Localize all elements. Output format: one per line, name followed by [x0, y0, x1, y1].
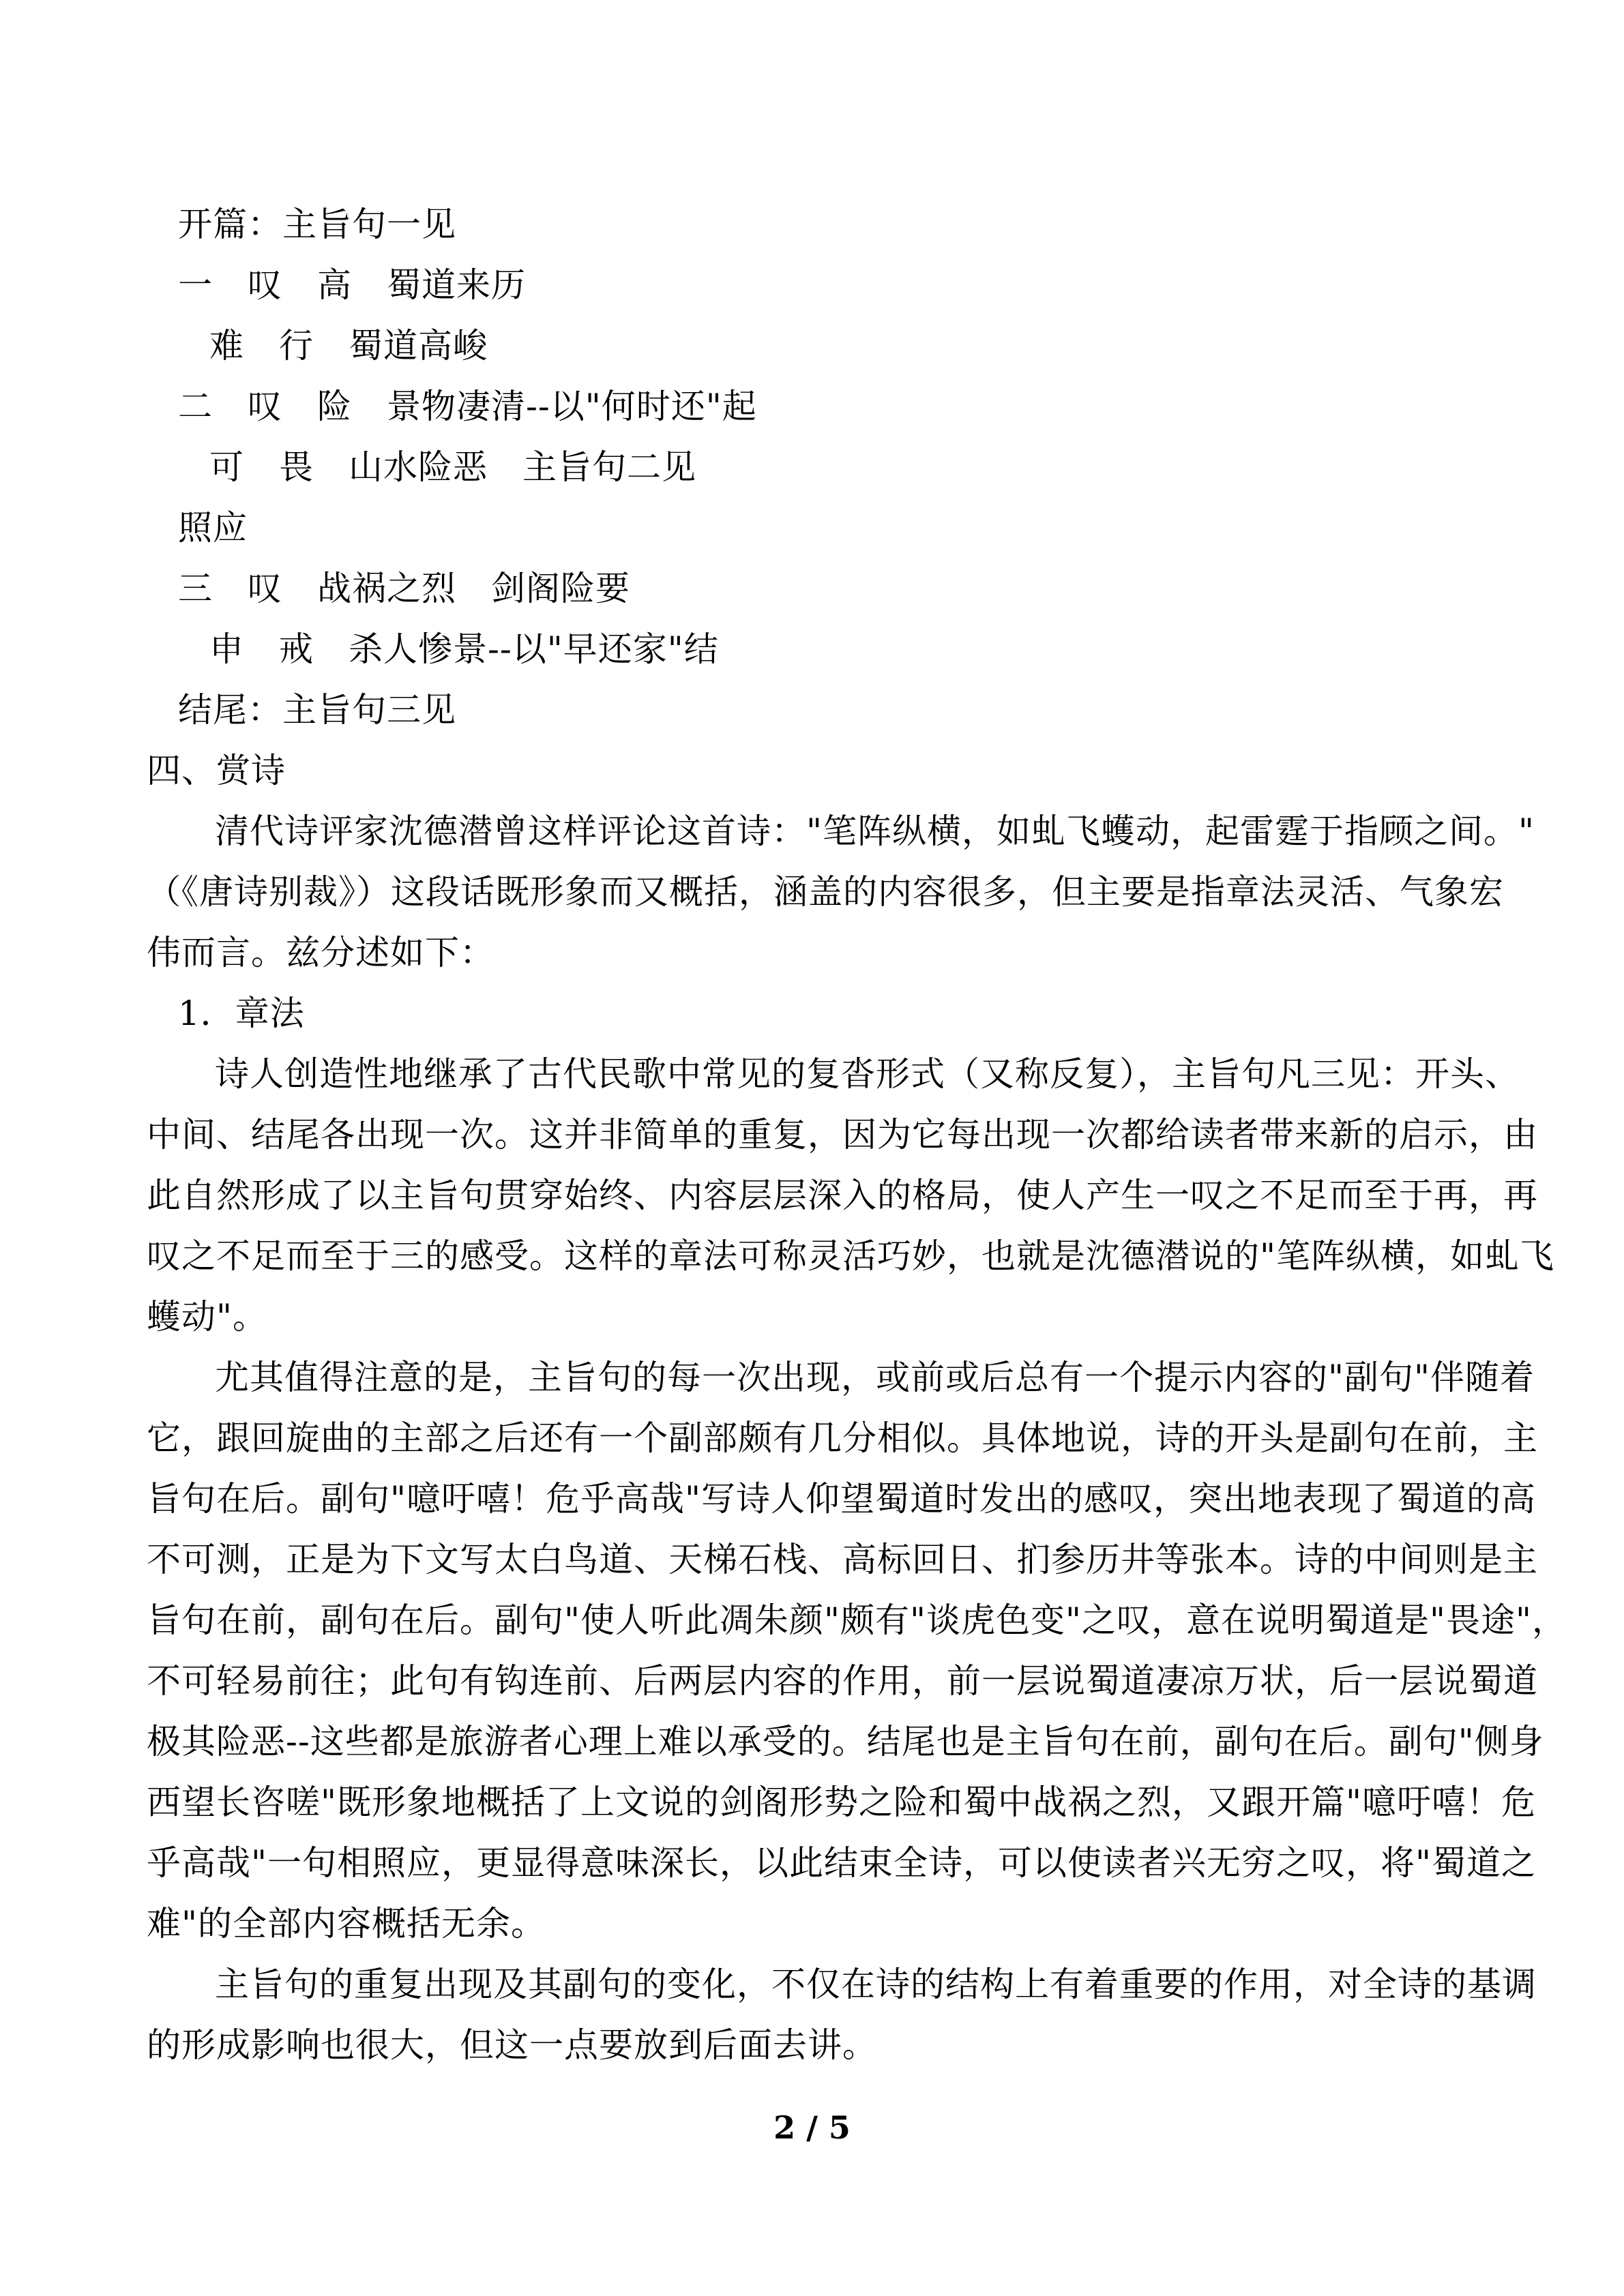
outline-line: 难 行 蜀道高峻: [147, 316, 1544, 376]
paragraph-line: 乎高哉"一句相照应，更显得意味深长，以此结束全诗，可以使读者兴无穷之叹，将"蜀道…: [147, 1833, 1544, 1894]
paragraph-line: 难"的全部内容概括无余。: [147, 1894, 1544, 1954]
paragraph-line: 西望长咨嗟"既形象地概括了上文说的剑阁形势之险和蜀中战祸之烈，又跟开篇"噫吁嘻！…: [147, 1772, 1544, 1833]
outline-line: 结尾：主旨句三见: [147, 680, 1544, 741]
outline-line: 二 叹 险 景物凄清--以"何时还"起: [147, 376, 1544, 437]
subsection-heading: 1．章法: [147, 983, 1544, 1044]
paragraph-line: 旨句在前，副句在后。副句"使人听此凋朱颜"颇有"谈虎色变"之叹，意在说明蜀道是"…: [147, 1590, 1544, 1651]
paragraph-line: 不可测，正是为下文写太白鸟道、天梯石栈、高标回日、扪参历井等张本。诗的中间则是主: [147, 1530, 1544, 1590]
paragraph-line: 蠖动"。: [147, 1287, 1544, 1347]
paragraph-line: 的形成影响也很大，但这一点要放到后面去讲。: [147, 2015, 1544, 2076]
outline-line: 开篇：主旨句一见: [147, 194, 1544, 255]
document-page: 开篇：主旨句一见 一 叹 高 蜀道来历 难 行 蜀道高峻 二 叹 险 景物凄清-…: [0, 0, 1624, 2296]
paragraph-line: 中间、结尾各出现一次。这并非简单的重复，因为它每出现一次都给读者带来新的启示，由: [147, 1105, 1544, 1165]
paragraph-line: 诗人创造性地继承了古代民歌中常见的复沓形式（又称反复），主旨句凡三见：开头、: [147, 1044, 1544, 1105]
outline-line: 可 畏 山水险恶 主旨句二见: [147, 437, 1544, 498]
paragraph-line: 主旨句的重复出现及其副句的变化，不仅在诗的结构上有着重要的作用，对全诗的基调: [147, 1954, 1544, 2015]
paragraph-line: 清代诗评家沈德潜曾这样评论这首诗："笔阵纵横，如虬飞蠖动，起雷霆于指顾之间。": [147, 801, 1544, 862]
paragraph-line: 此自然形成了以主旨句贯穿始终、内容层层深入的格局，使人产生一叹之不足而至于再，再: [147, 1165, 1544, 1226]
document-body: 开篇：主旨句一见 一 叹 高 蜀道来历 难 行 蜀道高峻 二 叹 险 景物凄清-…: [147, 194, 1544, 2076]
outline-line: 三 叹 战祸之烈 剑阁险要: [147, 558, 1544, 619]
paragraph-line: 极其险恶--这些都是旅游者心理上难以承受的。结尾也是主旨句在前，副句在后。副句"…: [147, 1712, 1544, 1772]
paragraph-line: 叹之不足而至于三的感受。这样的章法可称灵活巧妙，也就是沈德潜说的"笔阵纵横，如虬…: [147, 1226, 1544, 1287]
paragraph-line: 尤其值得注意的是，主旨句的每一次出现，或前或后总有一个提示内容的"副句"伴随着: [147, 1347, 1544, 1408]
paragraph-line: 伟而言。兹分述如下：: [147, 923, 1544, 983]
page-number: 2 / 5: [0, 2110, 1624, 2145]
paragraph-line: 旨句在后。副句"噫吁嘻！危乎高哉"写诗人仰望蜀道时发出的感叹，突出地表现了蜀道的…: [147, 1469, 1544, 1530]
section-heading: 四、赏诗: [147, 741, 1544, 801]
paragraph-line: （《唐诗别裁》）这段话既形象而又概括，涵盖的内容很多，但主要是指章法灵活、气象宏: [147, 862, 1544, 923]
outline-line: 一 叹 高 蜀道来历: [147, 255, 1544, 316]
outline-line: 申 戒 杀人惨景--以"早还家"结: [147, 619, 1544, 680]
paragraph-line: 它，跟回旋曲的主部之后还有一个副部颇有几分相似。具体地说，诗的开头是副句在前，主: [147, 1408, 1544, 1469]
paragraph-line: 不可轻易前往；此句有钩连前、后两层内容的作用，前一层说蜀道凄凉万状，后一层说蜀道: [147, 1651, 1544, 1712]
outline-line: 照应: [147, 498, 1544, 558]
